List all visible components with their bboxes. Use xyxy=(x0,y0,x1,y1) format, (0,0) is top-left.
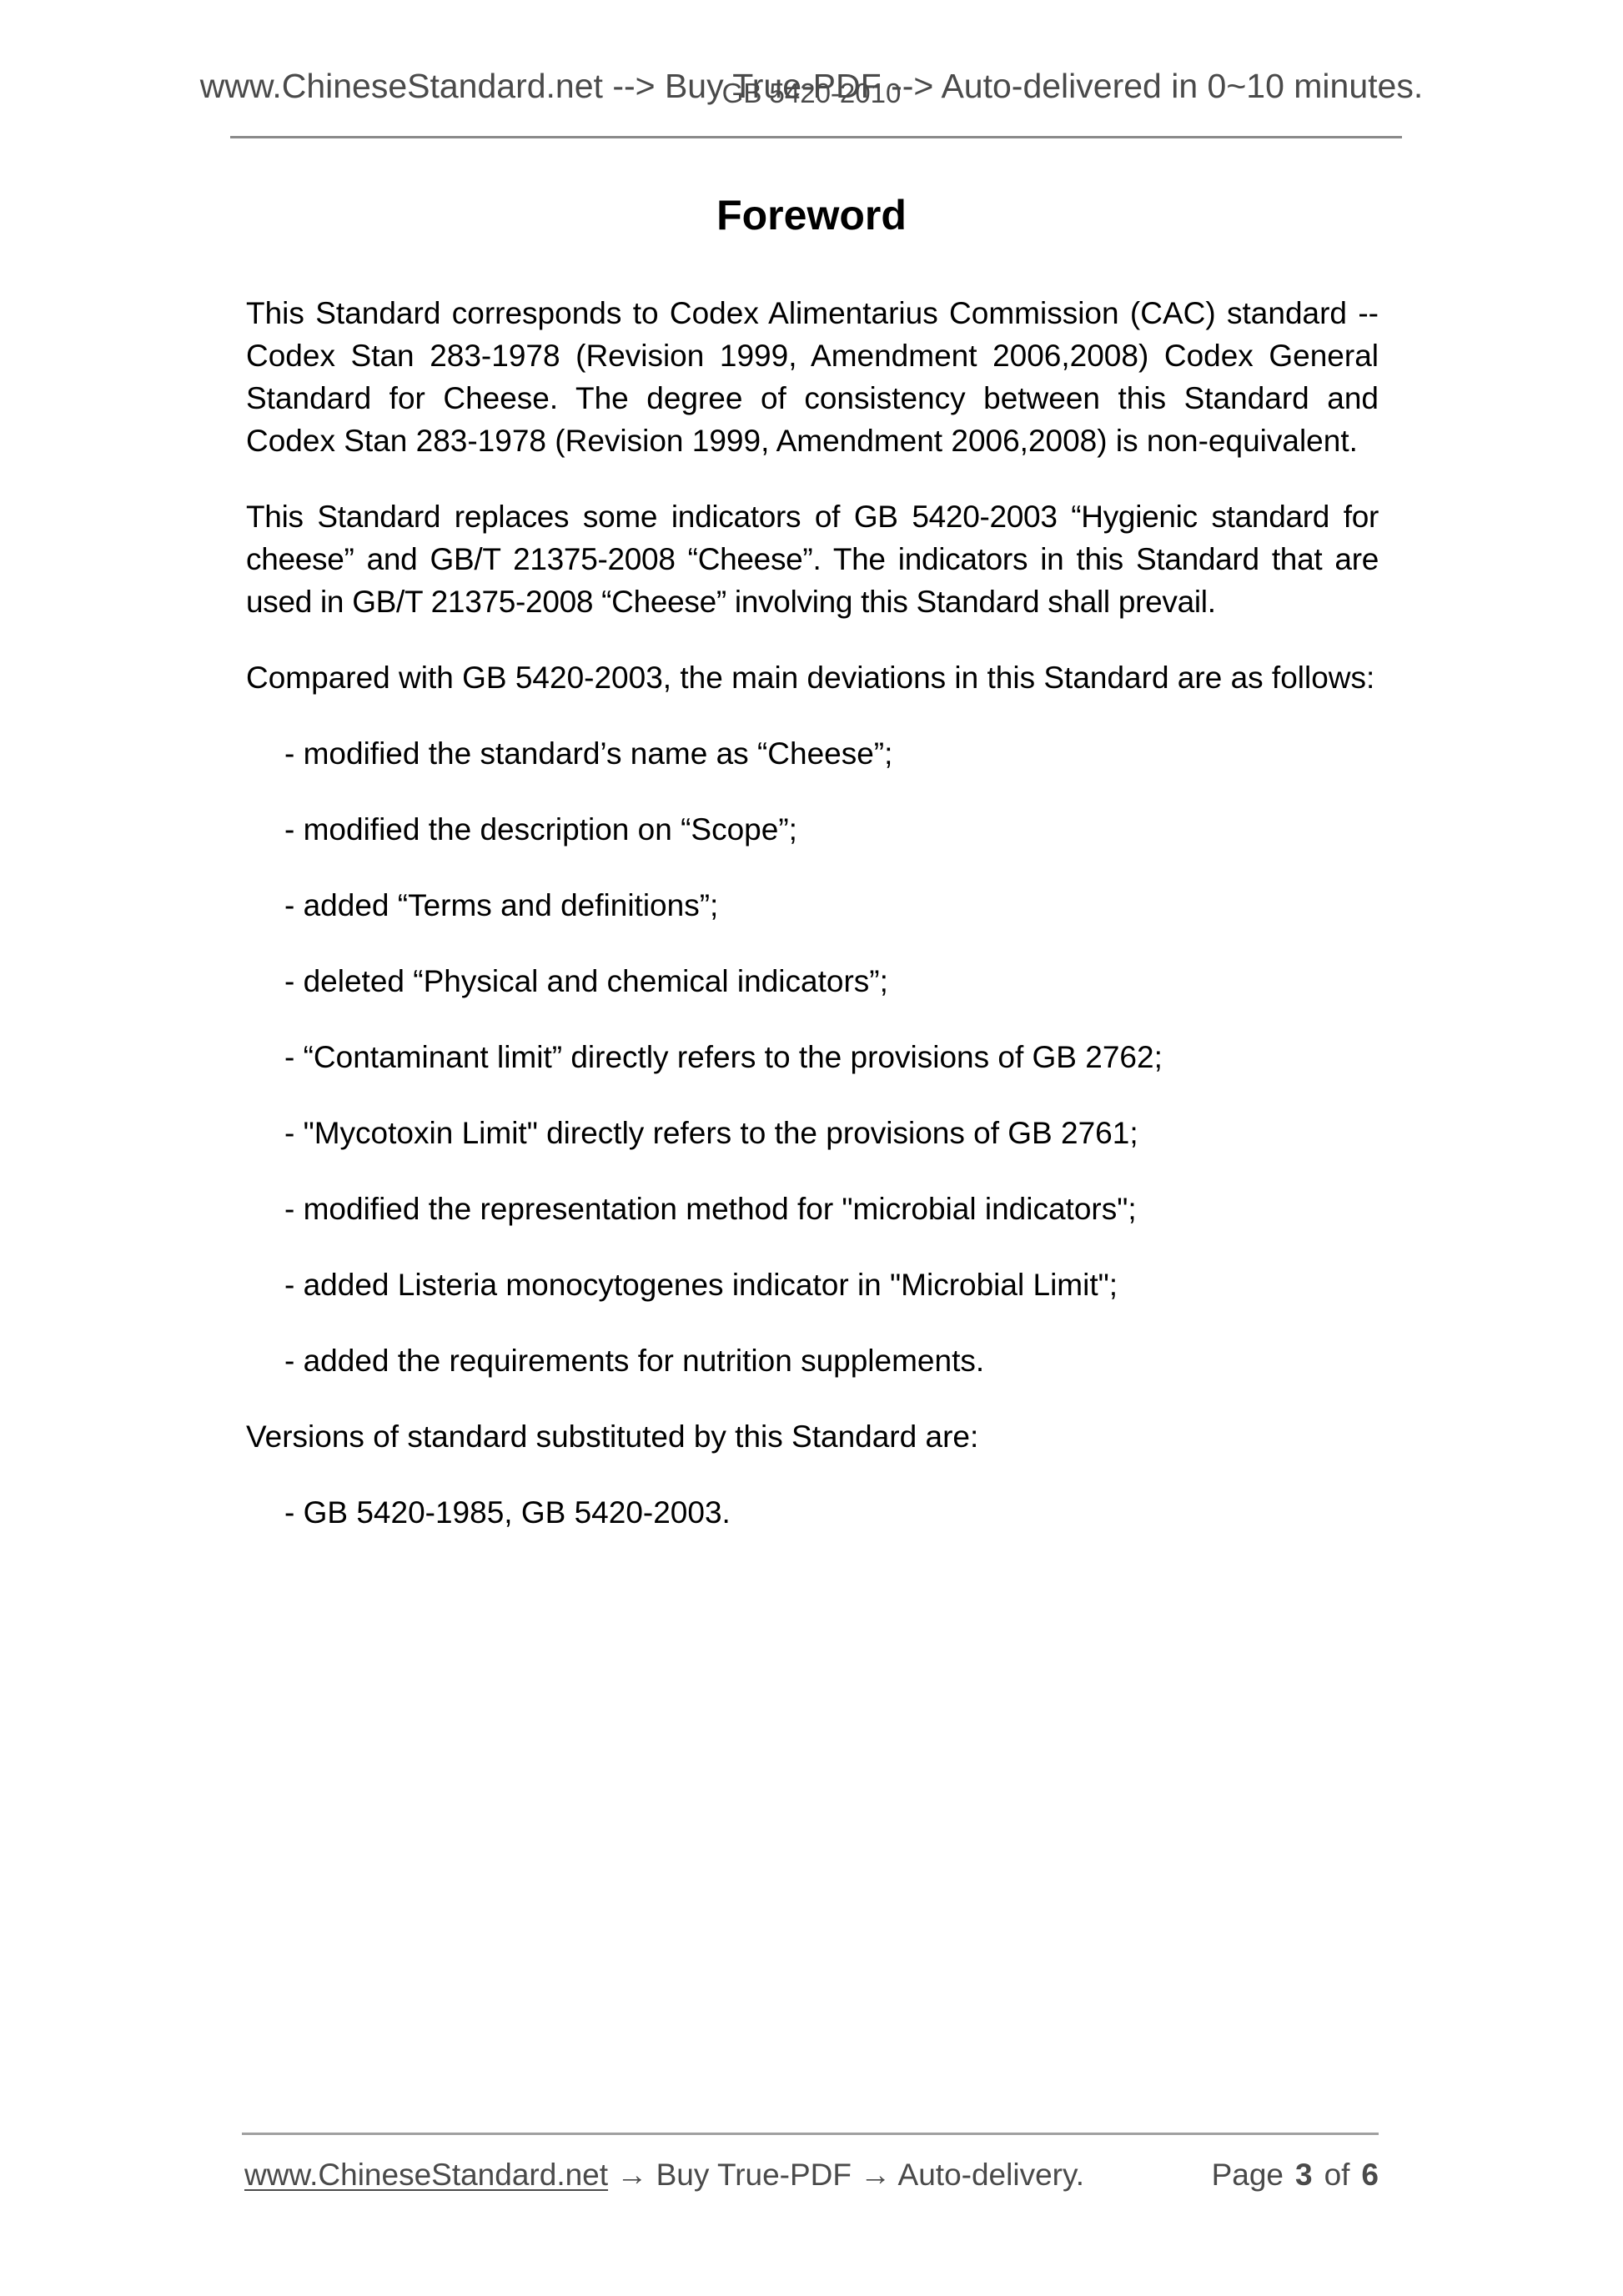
header-doc-id: GB 5420-2010 xyxy=(0,77,1623,110)
header-divider xyxy=(230,136,1402,138)
paragraph-correspondence: This Standard corresponds to Codex Alime… xyxy=(246,292,1379,462)
versions-list: - GB 5420-1985, GB 5420-2003. xyxy=(246,1491,1379,1534)
list-item: - modified the description on “Scope”; xyxy=(284,808,1379,851)
page-total: 6 xyxy=(1361,2158,1379,2192)
footer-buy-text: Buy True-PDF xyxy=(656,2158,852,2192)
page-number: Page3of6 xyxy=(1212,2154,1379,2196)
paragraph-deviations-intro: Compared with GB 5420-2003, the main dev… xyxy=(246,656,1379,699)
arrow-right-icon: → xyxy=(616,2158,647,2192)
footer-promo: www.ChineseStandard.net → Buy True-PDF →… xyxy=(244,2154,1084,2196)
list-item: - added “Terms and definitions”; xyxy=(284,884,1379,927)
page-footer: www.ChineseStandard.net → Buy True-PDF →… xyxy=(244,2154,1379,2196)
paragraph-versions-intro: Versions of standard substituted by this… xyxy=(246,1415,1379,1458)
footer-divider xyxy=(242,2133,1379,2135)
arrow-right-icon: → xyxy=(860,2158,891,2192)
of-label: of xyxy=(1324,2158,1350,2192)
document-body: This Standard corresponds to Codex Alime… xyxy=(246,292,1379,1567)
list-item: - GB 5420-1985, GB 5420-2003. xyxy=(284,1491,1379,1534)
list-item: - modified the representation method for… xyxy=(284,1188,1379,1230)
page-header: www.ChineseStandard.net --> Buy True-PDF… xyxy=(0,65,1623,115)
page-current: 3 xyxy=(1295,2158,1313,2192)
footer-delivery-text: Auto-delivery. xyxy=(898,2158,1084,2192)
list-item: - added Listeria monocytogenes indicator… xyxy=(284,1264,1379,1306)
list-item: - added the requirements for nutrition s… xyxy=(284,1339,1379,1382)
website-link[interactable]: www.ChineseStandard.net xyxy=(244,2158,608,2192)
deviations-list: - modified the standard’s name as “Chees… xyxy=(246,732,1379,1382)
list-item: - modified the standard’s name as “Chees… xyxy=(284,732,1379,775)
paragraph-replacement: This Standard replaces some indicators o… xyxy=(246,495,1379,623)
list-item: - “Contaminant limit” directly refers to… xyxy=(284,1036,1379,1078)
page-title: Foreword xyxy=(0,190,1623,240)
list-item: - "Mycotoxin Limit" directly refers to t… xyxy=(284,1112,1379,1154)
list-item: - deleted “Physical and chemical indicat… xyxy=(284,960,1379,1002)
page-label: Page xyxy=(1212,2158,1284,2192)
